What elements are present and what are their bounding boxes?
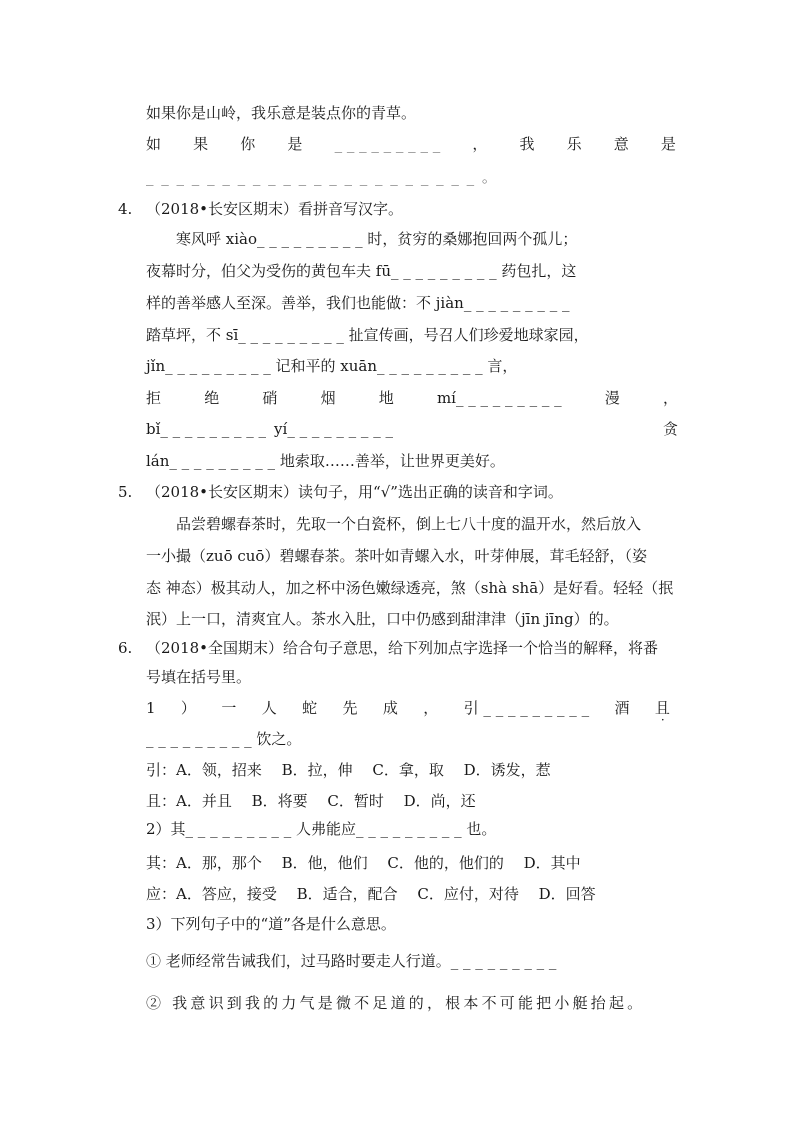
char: 果 (193, 134, 208, 154)
example-sentence: 如果你是山岭，我乐意是装点你的青草。 (146, 103, 416, 123)
char: 一 (221, 698, 236, 718)
passage-line: 品尝碧螺春茶时，先取一个白瓷杯，倒上七八十度的温开水，然后放入 (176, 514, 641, 534)
passage-line: 态 神态）极其动人，加之杯中汤色嫩绿透亮，煞（shà shā）是好看。轻轻（抿 (146, 578, 673, 598)
char: 人 (262, 698, 277, 718)
question-title: （2018•长安区期末）读句子，用“√”选出正确的读音和字词。 (146, 482, 563, 502)
passage-line: bǐ_ _ _ _ _ _ _ _ _ yí_ _ _ _ _ _ _ _ _ … (146, 419, 678, 439)
options-ying: 应：A．答应，接受 B．适合，配合 C．应付，对待 D．回答 (146, 884, 596, 904)
answer-blank-line[interactable]: _ _ _ _ _ _ _ _ _ 饮之。 (146, 729, 301, 749)
dotted-char: 且 (655, 698, 670, 718)
char: 如 (146, 134, 161, 154)
char: ， (663, 388, 678, 408)
question-number: 4. (118, 199, 132, 219)
char: 乐 (567, 134, 582, 154)
sub-question-3: 3）下列句子中的“道”各是什么意思。 (146, 914, 396, 934)
char: 蛇 (302, 698, 317, 718)
passage-line: 样的善举感人至深。善举，我们也能做：不 jiàn_ _ _ _ _ _ _ _ … (146, 293, 569, 313)
pinyin-blank[interactable]: yí_ _ _ _ _ _ _ _ _ (274, 419, 393, 439)
answer-blank-line[interactable]: _ _ _ _ _ _ _ _ _ _ _ _ _ _ _ _ _ _ _ _ … (146, 167, 498, 187)
passage-line: 踏草坪，不 sī_ _ _ _ _ _ _ _ _ 扯宣传画，号召人们珍爱地球家… (146, 325, 589, 345)
char: 烟 (321, 388, 336, 408)
char: ， (423, 698, 438, 718)
options-qie: 且：A．并且 B．将要 C．暂时 D．尚，还 (146, 791, 476, 811)
fill-sentence-line: 如 果 你 是 _ _ _ _ _ _ _ _ _ ， 我 乐 意 是 (146, 134, 676, 154)
char: 是 (661, 134, 676, 154)
char: ） (181, 698, 196, 718)
question-title: 号填在括号里。 (146, 667, 251, 687)
char: ， (472, 134, 487, 154)
char: 成 (383, 698, 398, 718)
char: 绝 (204, 388, 219, 408)
char: 意 (614, 134, 629, 154)
char: 你 (240, 134, 255, 154)
sub-question-1: 1 ） 一 人 蛇 先 成 ， 引 _ _ _ _ _ _ _ _ _ 酒 且 (146, 698, 670, 718)
char: 拒 (146, 388, 161, 408)
char: 地 (379, 388, 394, 408)
answer-blank[interactable]: _ _ _ _ _ _ _ _ _ (335, 134, 441, 154)
char: 酒 (614, 698, 629, 718)
dotted-char-blank[interactable]: 引 _ _ _ _ _ _ _ _ _ (464, 698, 589, 718)
question-number: 5. (118, 482, 132, 502)
passage-line: lán_ _ _ _ _ _ _ _ _ 地索取……善举，让世界更美好。 (146, 451, 505, 471)
pinyin-blank[interactable]: mí_ _ _ _ _ _ _ _ _ (437, 388, 562, 408)
char: 是 (287, 134, 302, 154)
passage-line: jǐn_ _ _ _ _ _ _ _ _ 记和平的 xuān_ _ _ _ _ … (146, 356, 517, 376)
question-title: （2018•全国期末）给合句子意思，给下列加点字选择一个恰当的解释，将番 (146, 638, 658, 658)
pinyin-blank[interactable]: bǐ_ _ _ _ _ _ _ _ _ (146, 419, 266, 439)
passage-line: 寒风呼 xiào_ _ _ _ _ _ _ _ _ 时，贫穷的桑娜抱回两个孤儿； (176, 229, 577, 249)
question-number: 6. (118, 638, 132, 658)
passage-line: 拒 绝 硝 烟 地 mí_ _ _ _ _ _ _ _ _ 漫 ， (146, 388, 678, 408)
passage-line: 夜幕时分，伯父为受伤的黄包车夫 fū_ _ _ _ _ _ _ _ _ 药包扎，… (146, 261, 576, 281)
options-yin: 引：A．领，招来 B．拉，伸 C．拿，取 D．诱发，惹 (146, 760, 551, 780)
sub-item-1: ① 老师经常告诫我们，过马路时要走人行道。_ _ _ _ _ _ _ _ _ (146, 951, 556, 971)
options-qi: 其：A．那，那个 B．他，他们 C．他的，他们的 D．其中 (146, 853, 581, 873)
char: 漫 (605, 388, 620, 408)
sub-question-2: 2）其_ _ _ _ _ _ _ _ _ 人弗能应_ _ _ _ _ _ _ _… (146, 819, 496, 839)
char: 硝 (262, 388, 277, 408)
passage-line: 泯）上一口，清爽宜人。茶水入肚，口中仍感到甜津津（jīn jīng）的。 (146, 609, 619, 629)
question-title: （2018•长安区期末）看拼音写汉字。 (146, 199, 403, 219)
char: 贪 (663, 419, 678, 439)
sub-item-2: ② 我意识到我的力气是微不足道的，根本不可能把小艇抬起。 (146, 993, 645, 1013)
passage-line: 一小撮（zuō cuō）碧螺春茶。茶叶如青螺入水，叶芽伸展，茸毛轻舒，（姿 (146, 546, 647, 566)
char: 1 (146, 698, 156, 718)
char: 先 (342, 698, 357, 718)
char: 我 (519, 134, 534, 154)
